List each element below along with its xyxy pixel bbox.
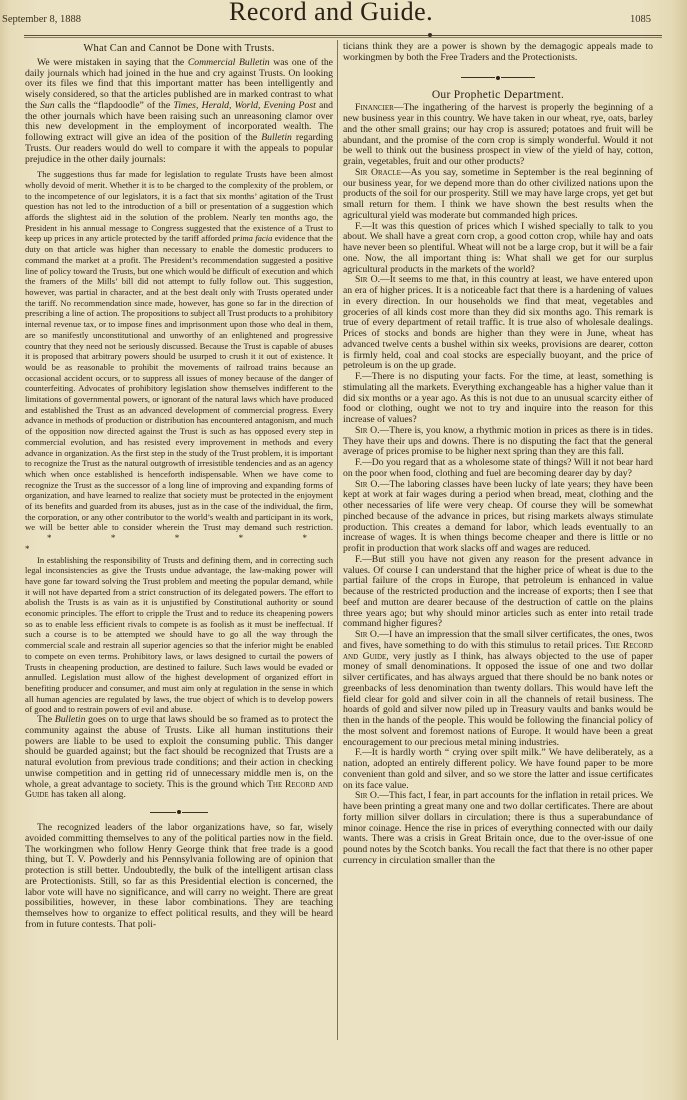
right-column: ticians think they are a power is shown …	[343, 42, 653, 867]
dialogue-paragraph: Sir Oracle—As you say, sometime in Septe…	[343, 168, 653, 222]
dialogue-paragraph: Sir O.—There is, you know, a rhythmic mo…	[343, 426, 653, 458]
article-closing-paragraph: The Bulletin goes on to urge that laws s…	[25, 715, 333, 801]
dialogue-paragraph: Sir O.—This fact, I fear, in part accoun…	[343, 791, 653, 866]
dialogue-paragraph: F.—Do you regard that as a wholesome sta…	[343, 458, 653, 480]
labor-article-continued: ticians think they are a power is shown …	[343, 42, 653, 64]
labor-article-paragraph: The recognized leaders of the labor orga…	[25, 823, 333, 931]
article-intro-paragraph: We were mistaken in saying that the Comm…	[25, 58, 333, 166]
ellipsis-stars: * * * * * *	[25, 533, 333, 554]
issue-date: September 8, 1888	[2, 14, 81, 25]
quoted-extract-paragraph: The suggestions thus far made for legisl…	[25, 169, 333, 554]
dialogue-paragraph: Sir O.—It seems to me that, in this coun…	[343, 275, 653, 372]
masthead-rule	[24, 35, 662, 36]
dialogue-paragraph: F.—But still you have not given any reas…	[343, 555, 653, 630]
masthead-rule-thin	[24, 37, 662, 38]
rule-ornament	[428, 33, 432, 37]
section-ornament	[25, 806, 333, 818]
newspaper-page: September 8, 1888 Record and Guide. 1085…	[0, 0, 687, 1100]
dialogue-paragraph: F.—It was this question of prices which …	[343, 222, 653, 276]
quoted-extract-paragraph-2: In establishing the responsibility of Tr…	[25, 555, 333, 716]
page-number: 1085	[630, 14, 651, 25]
article-headline-trusts: What Can and Cannot be Done with Trusts.	[25, 44, 333, 55]
dialogue-paragraph: Sir O.—I have an impression that the sma…	[343, 630, 653, 748]
dialogue-paragraph: F.—There is no disputing your facts. For…	[343, 372, 653, 426]
publication-title: Record and Guide.	[229, 0, 433, 27]
left-column: What Can and Cannot be Done with Trusts.…	[25, 42, 333, 931]
article-headline-prophetic: Our Prophetic Department.	[343, 90, 653, 101]
column-divider	[337, 40, 338, 1040]
dialogue-paragraph: Financier—The ingathering of the harvest…	[343, 103, 653, 168]
dialogue-paragraph: F.—It is hardly worth “ crying over spil…	[343, 748, 653, 791]
dialogue-paragraph: Sir O.—The laboring classes have been lu…	[343, 480, 653, 555]
section-ornament	[343, 72, 653, 84]
